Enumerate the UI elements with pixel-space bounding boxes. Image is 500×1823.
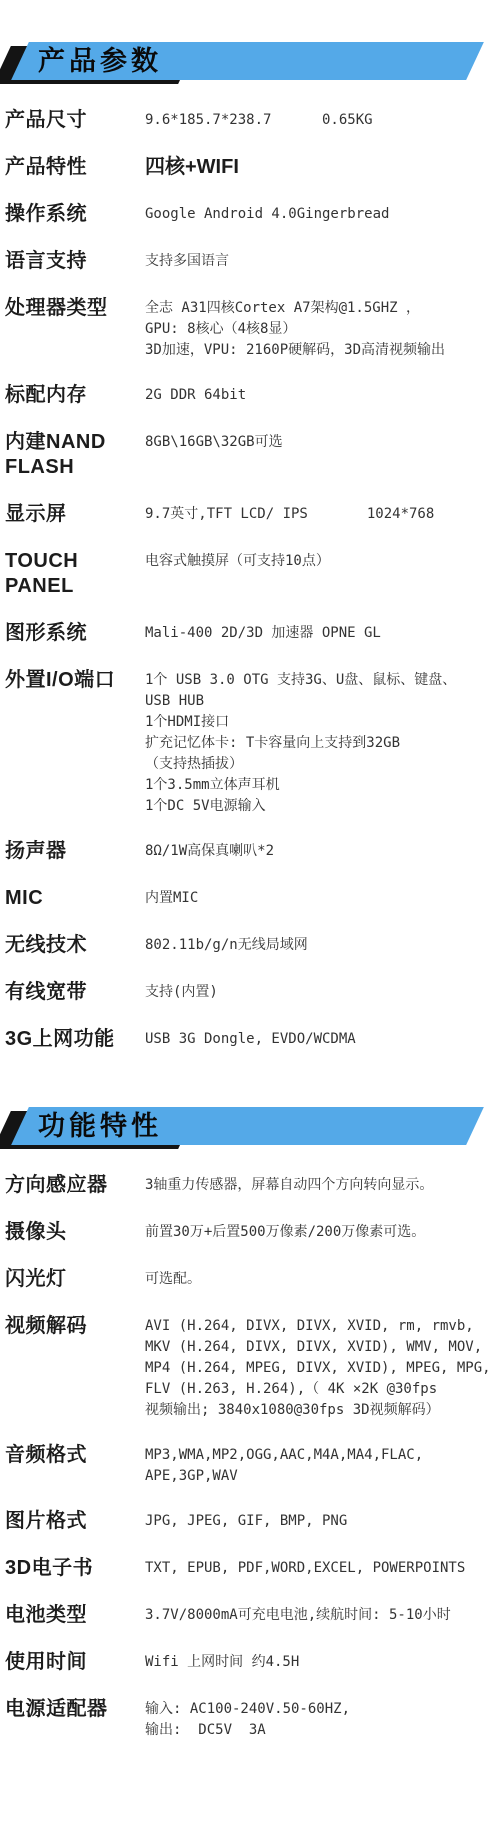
spec-row: 音频格式 MP3,WMA,MP2,OGG,AAC,M4A,MA4,FLAC, A… xyxy=(5,1443,500,1487)
spec-row: 产品尺寸 9.6*185.7*238.7 0.65KG xyxy=(5,108,500,133)
spec-label: 无线技术 xyxy=(5,933,145,958)
spec-row: 标配内存 2G DDR 64bit xyxy=(5,383,500,408)
spec-value: JPG, JPEG, GIF, BMP, PNG xyxy=(145,1509,500,1532)
spec-label: 方向感应器 xyxy=(5,1173,145,1198)
spec-label: 3D电子书 xyxy=(5,1556,145,1581)
spec-label: 显示屏 xyxy=(5,502,145,527)
spec-value: 1个 USB 3.0 OTG 支持3G、U盘、鼠标、键盘、 USB HUB 1个… xyxy=(145,668,500,817)
spec-label: 音频格式 xyxy=(5,1443,145,1468)
section-title-features: 功能特性 xyxy=(38,1107,162,1145)
spec-label: 视频解码 xyxy=(5,1314,145,1339)
spec-label: 闪光灯 xyxy=(5,1267,145,1292)
spec-value: MP3,WMA,MP2,OGG,AAC,M4A,MA4,FLAC, APE,3G… xyxy=(145,1443,500,1487)
spec-value: 9.7英寸,TFT LCD/ IPS 1024*768 xyxy=(145,502,500,525)
spec-row: 显示屏 9.7英寸,TFT LCD/ IPS 1024*768 xyxy=(5,502,500,527)
spec-label: 产品特性 xyxy=(5,155,145,180)
spec-value: 可选配。 xyxy=(145,1267,500,1290)
spec-label: 电池类型 xyxy=(5,1603,145,1628)
spec-value: Mali-400 2D/3D 加速器 OPNE GL xyxy=(145,621,500,644)
spec-value: Google Android 4.0Gingerbread xyxy=(145,202,500,225)
spec-label: TOUCH PANEL xyxy=(5,549,145,599)
spec-value: TXT, EPUB, PDF,WORD,EXCEL, POWERPOINTS xyxy=(145,1556,500,1579)
spec-row: 操作系统 Google Android 4.0Gingerbread xyxy=(5,202,500,227)
section-title-product-params: 产品参数 xyxy=(38,42,162,80)
spec-value: 输入: AC100-240V.50-60HZ, 输出: DC5V 3A xyxy=(145,1697,500,1741)
spec-value: 前置30万+后置500万像素/200万像素可选。 xyxy=(145,1220,500,1243)
section-header-product-params: 产品参数 xyxy=(0,42,500,84)
spec-row: 语言支持 支持多国语言 xyxy=(5,249,500,274)
spec-value: 8GB\16GB\32GB可选 xyxy=(145,430,500,453)
spec-label: 语言支持 xyxy=(5,249,145,274)
spec-value: 2G DDR 64bit xyxy=(145,383,500,406)
spec-label: 摄像头 xyxy=(5,1220,145,1245)
spec-label: 有线宽带 xyxy=(5,980,145,1005)
spec-row: 使用时间 Wifi 上网时间 约4.5H xyxy=(5,1650,500,1675)
spec-row: 外置I/O端口 1个 USB 3.0 OTG 支持3G、U盘、鼠标、键盘、 US… xyxy=(5,668,500,817)
spec-value: 全志 A31四核Cortex A7架构@1.5GHZ ， GPU: 8核心（4核… xyxy=(145,296,500,361)
spec-label: 操作系统 xyxy=(5,202,145,227)
spec-row: 闪光灯 可选配。 xyxy=(5,1267,500,1292)
spec-value: USB 3G Dongle, EVDO/WCDMA xyxy=(145,1027,500,1050)
spec-label: 使用时间 xyxy=(5,1650,145,1675)
spec-value: Wifi 上网时间 约4.5H xyxy=(145,1650,500,1673)
spec-label: 标配内存 xyxy=(5,383,145,408)
spec-value: 四核+WIFI xyxy=(145,155,500,180)
spec-label: 扬声器 xyxy=(5,839,145,864)
spec-value: 支持(内置) xyxy=(145,980,500,1003)
spec-value: 3轴重力传感器，屏幕自动四个方向转向显示。 xyxy=(145,1173,500,1196)
bottom-whitespace xyxy=(0,1763,500,1823)
spec-value: 8Ω/1W高保真喇叭*2 xyxy=(145,839,500,862)
spec-value: 支持多国语言 xyxy=(145,249,500,272)
spec-row: 内建NAND FLASH 8GB\16GB\32GB可选 xyxy=(5,430,500,480)
spec-label: 电源适配器 xyxy=(5,1697,145,1722)
spec-row: 处理器类型 全志 A31四核Cortex A7架构@1.5GHZ ， GPU: … xyxy=(5,296,500,361)
spec-row: 摄像头 前置30万+后置500万像素/200万像素可选。 xyxy=(5,1220,500,1245)
spec-row: 图片格式 JPG, JPEG, GIF, BMP, PNG xyxy=(5,1509,500,1534)
spec-label: 内建NAND FLASH xyxy=(5,430,145,480)
spec-row: TOUCH PANEL 电容式触摸屏（可支持10点） xyxy=(5,549,500,599)
spec-row: 产品特性 四核+WIFI xyxy=(5,155,500,180)
spec-value: 电容式触摸屏（可支持10点） xyxy=(145,549,500,572)
spec-rows-features: 方向感应器 3轴重力传感器，屏幕自动四个方向转向显示。 摄像头 前置30万+后置… xyxy=(0,1149,500,1741)
spec-row: 电源适配器 输入: AC100-240V.50-60HZ, 输出: DC5V 3… xyxy=(5,1697,500,1741)
spec-label: 处理器类型 xyxy=(5,296,145,321)
spec-row: 扬声器 8Ω/1W高保真喇叭*2 xyxy=(5,839,500,864)
spec-value: AVI (H.264, DIVX, DIVX, XVID, rm, rmvb, … xyxy=(145,1314,500,1421)
spec-row: 电池类型 3.7V/8000mA可充电电池,续航时间: 5-10小时 xyxy=(5,1603,500,1628)
spec-value: 内置MIC xyxy=(145,886,500,909)
spec-label: MIC xyxy=(5,886,145,911)
spec-label: 图形系统 xyxy=(5,621,145,646)
spec-label: 图片格式 xyxy=(5,1509,145,1534)
spec-row: 视频解码 AVI (H.264, DIVX, DIVX, XVID, rm, r… xyxy=(5,1314,500,1421)
spec-label: 3G上网功能 xyxy=(5,1027,145,1052)
spec-label: 产品尺寸 xyxy=(5,108,145,133)
spec-row: 有线宽带 支持(内置) xyxy=(5,980,500,1005)
spec-value: 9.6*185.7*238.7 0.65KG xyxy=(145,108,500,131)
spec-rows-product-params: 产品尺寸 9.6*185.7*238.7 0.65KG 产品特性 四核+WIFI… xyxy=(0,84,500,1052)
spec-row: MIC 内置MIC xyxy=(5,886,500,911)
section-header-features: 功能特性 xyxy=(0,1107,500,1149)
spec-row: 无线技术 802.11b/g/n无线局域网 xyxy=(5,933,500,958)
spec-label: 外置I/O端口 xyxy=(5,668,145,693)
spec-value: 802.11b/g/n无线局域网 xyxy=(145,933,500,956)
spec-row: 图形系统 Mali-400 2D/3D 加速器 OPNE GL xyxy=(5,621,500,646)
spec-row: 3G上网功能 USB 3G Dongle, EVDO/WCDMA xyxy=(5,1027,500,1052)
product-spec-page: 产品参数 产品尺寸 9.6*185.7*238.7 0.65KG 产品特性 四核… xyxy=(0,0,500,1823)
spec-row: 方向感应器 3轴重力传感器，屏幕自动四个方向转向显示。 xyxy=(5,1173,500,1198)
spec-row: 3D电子书 TXT, EPUB, PDF,WORD,EXCEL, POWERPO… xyxy=(5,1556,500,1581)
spec-value: 3.7V/8000mA可充电电池,续航时间: 5-10小时 xyxy=(145,1603,500,1626)
